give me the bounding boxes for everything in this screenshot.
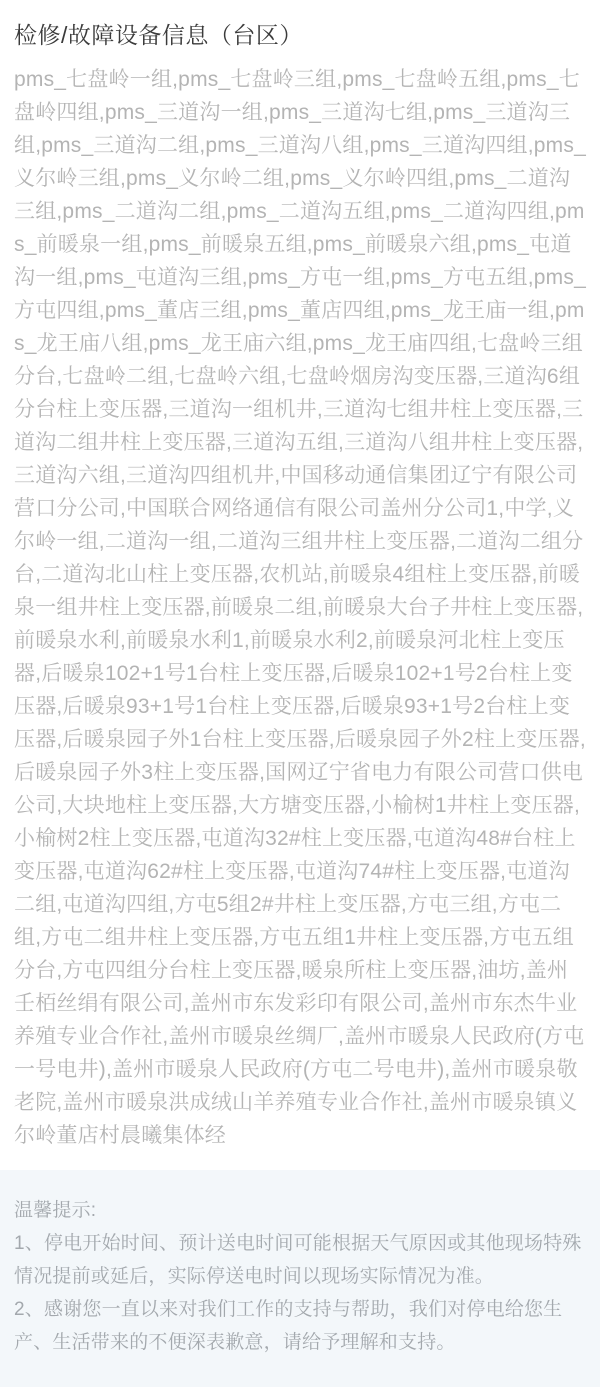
tips-heading: 温馨提示: [14,1194,586,1227]
tips-item-2: 2、感谢您一直以来对我们工作的支持与帮助，我们对停电给您生产、生活带来的不便深表… [14,1293,586,1359]
device-info-section: 检修/故障设备信息（台区） pms_七盘岭一组,pms_七盘岭三组,pms_七盘… [0,0,600,1170]
tips-item-1: 1、停电开始时间、预计送电时间可能根据天气原因或其他现场特殊情况提前或延后，实际… [14,1227,586,1293]
device-list-text: pms_七盘岭一组,pms_七盘岭三组,pms_七盘岭五组,pms_七盘岭四组,… [14,63,586,1152]
tips-section: 温馨提示: 1、停电开始时间、预计送电时间可能根据天气原因或其他现场特殊情况提前… [0,1170,600,1387]
page-title: 检修/故障设备信息（台区） [14,20,586,50]
outage-notice-page: 检修/故障设备信息（台区） pms_七盘岭一组,pms_七盘岭三组,pms_七盘… [0,0,600,1387]
